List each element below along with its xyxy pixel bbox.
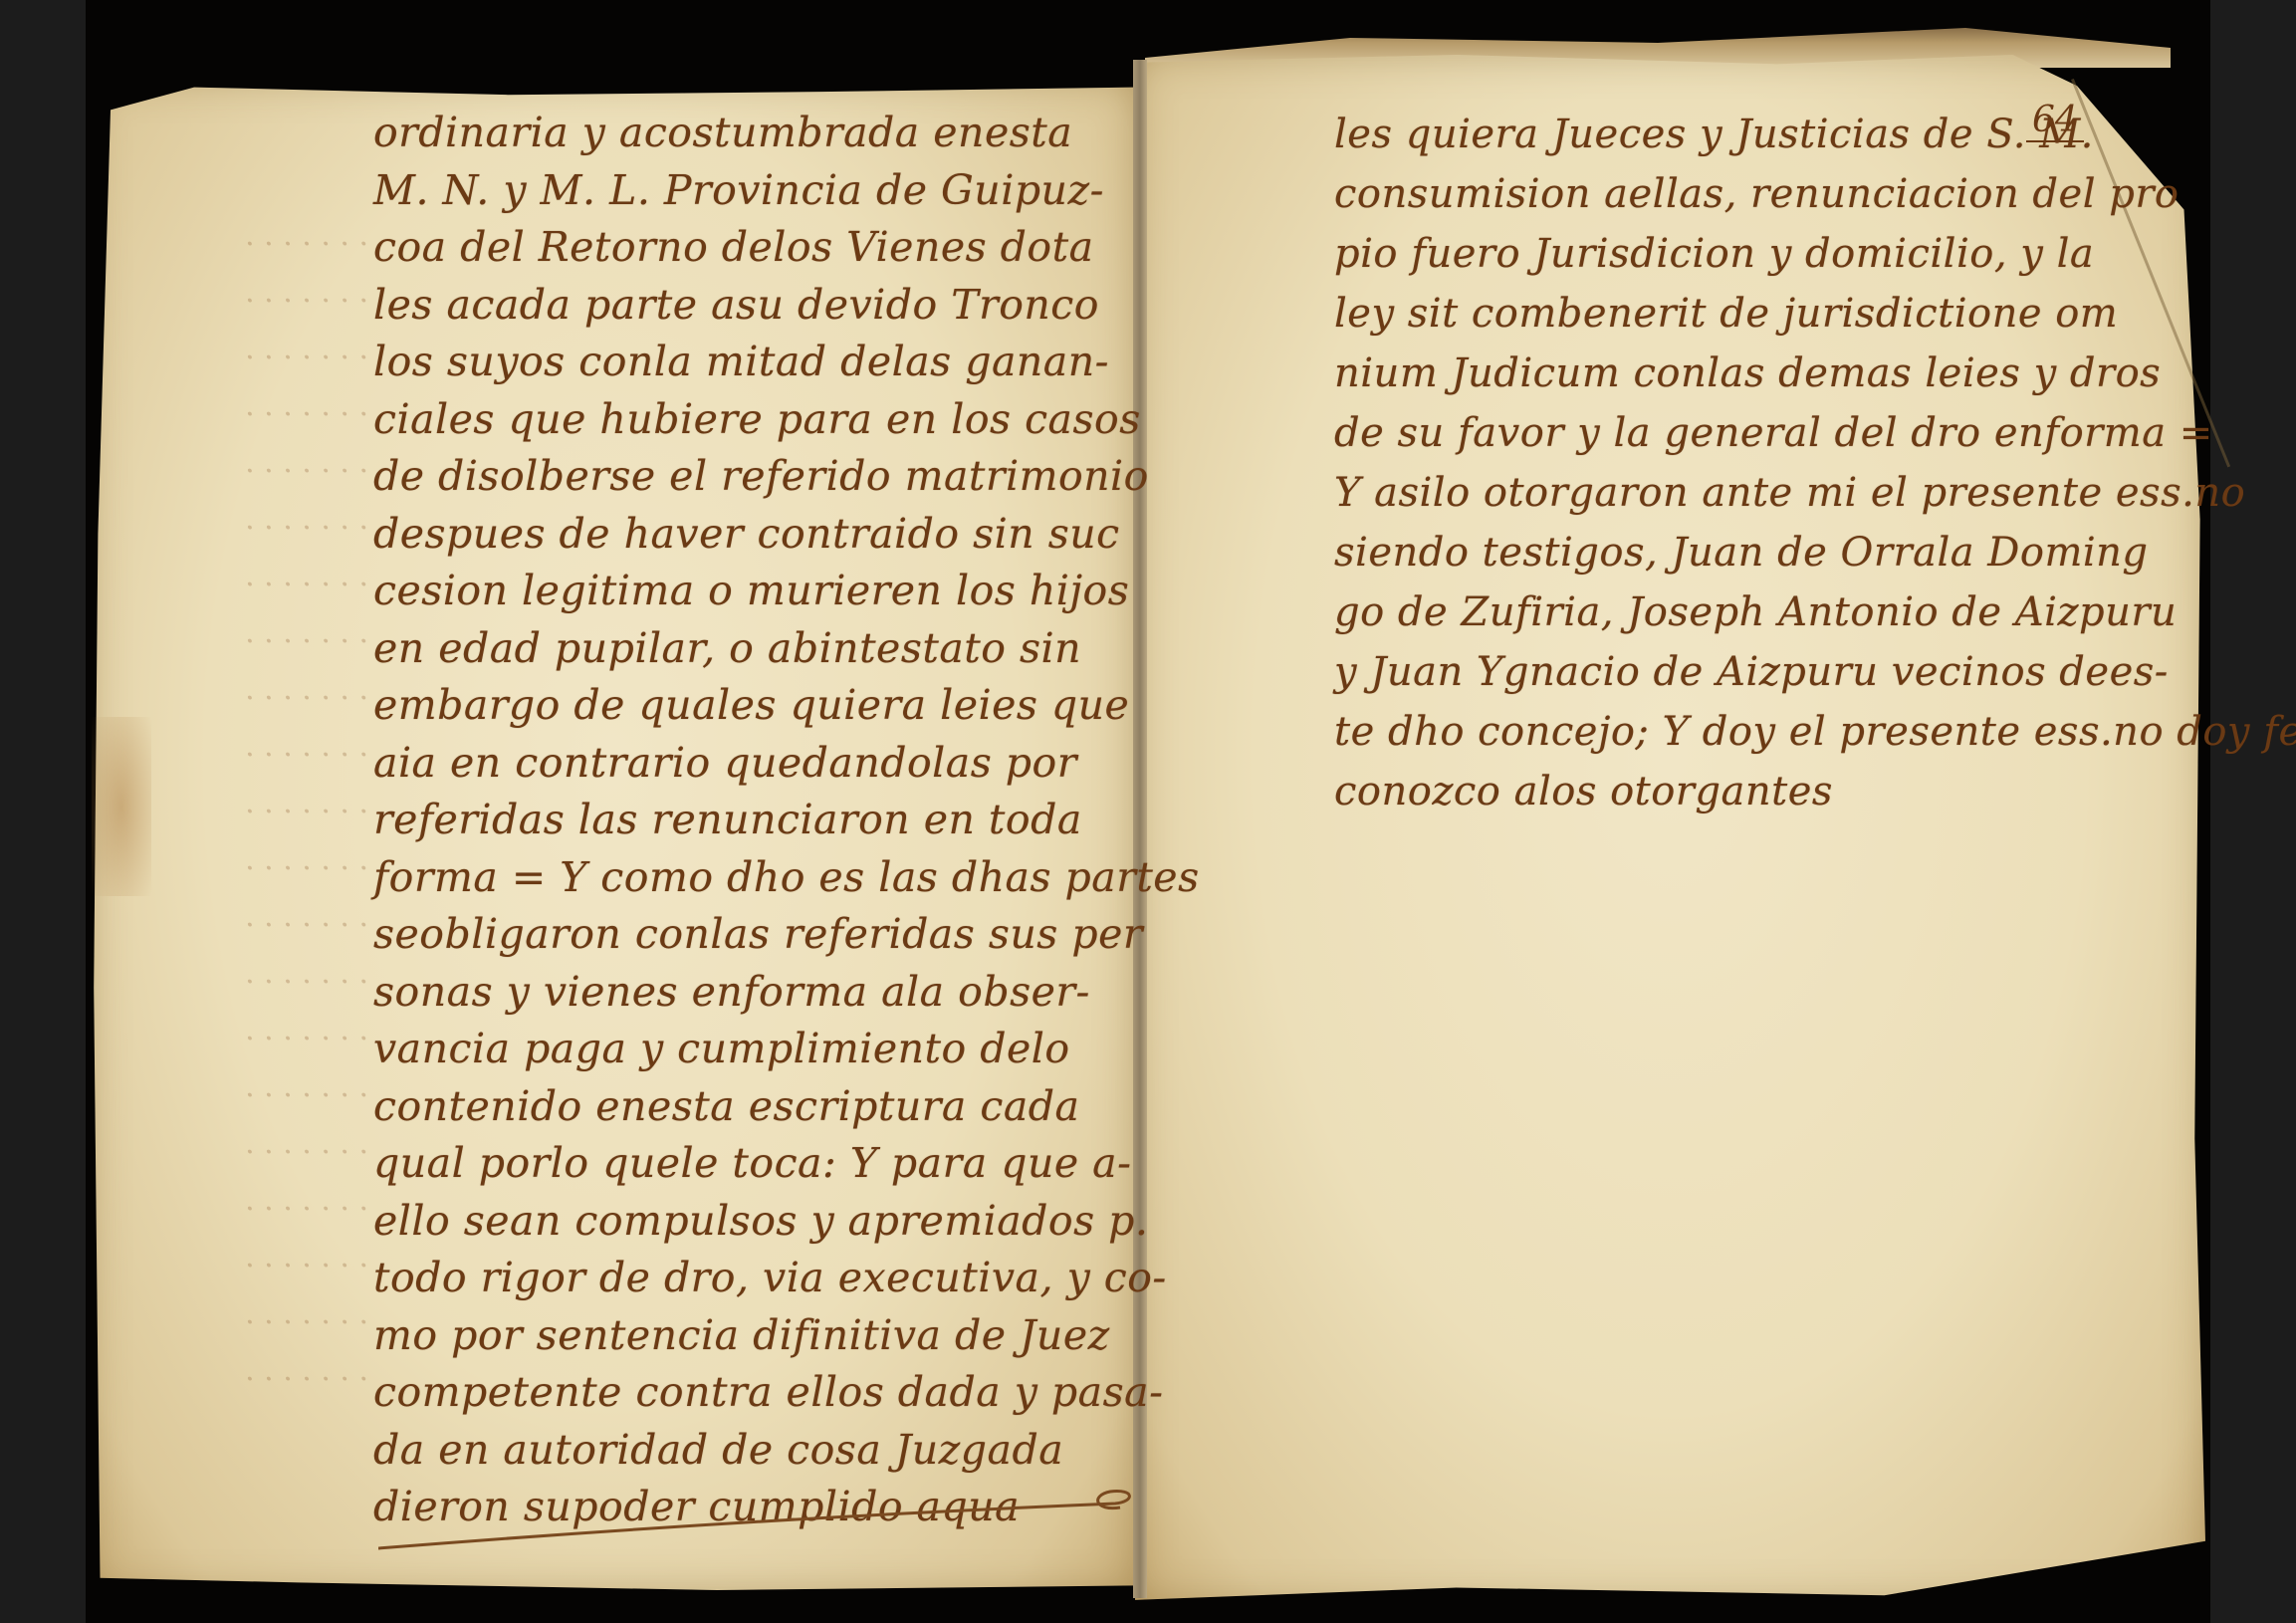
manuscript-line: seobligaron conlas referidas sus per xyxy=(373,906,1090,964)
manuscript-line: les acada parte asu devido Tronco xyxy=(373,277,1090,335)
manuscript-line: competente contra ellos dada y pasa- xyxy=(373,1364,1090,1422)
manuscript-line: mo por sentencia difinitiva de Juez xyxy=(373,1307,1090,1365)
manuscript-line: de su favor y la general del dro enforma… xyxy=(1334,403,2181,463)
manuscript-line: sonas y vienes enforma ala obser- xyxy=(373,964,1090,1022)
manuscript-line: siendo testigos, Juan de Orrala Doming xyxy=(1334,523,2181,582)
bleed-through-text: mirrored ink from reverse side visible i… xyxy=(159,159,368,1408)
left-border-bar xyxy=(0,0,86,1623)
left-page-text: ordinaria y acostumbrada enesta M. N. y … xyxy=(373,105,1090,1536)
manuscript-line: les quiera Jueces y Justicias de S. M. xyxy=(1334,105,2181,164)
manuscript-line: vancia paga y cumplimiento delo xyxy=(373,1021,1090,1078)
right-border-bar xyxy=(2210,0,2296,1623)
manuscript-line: go de Zufiria, Joseph Antonio de Aizpuru xyxy=(1334,582,2181,642)
water-stain xyxy=(92,717,151,896)
manuscript-line: ello sean compulsos y apremiados p. xyxy=(373,1193,1090,1251)
manuscript-line: y Juan Ygnacio de Aizpuru vecinos dees- xyxy=(1334,642,2181,702)
closing-flourish xyxy=(378,1484,1135,1553)
manuscript-line: aia en contrario quedandolas por xyxy=(373,735,1090,793)
manuscript-line: referidas las renunciaron en toda xyxy=(373,792,1090,849)
manuscript-line: consumision aellas, renunciacion del pro xyxy=(1334,164,2181,224)
manuscript-line: ley sit combenerit de jurisdictione om xyxy=(1334,284,2181,344)
manuscript-line: coa del Retorno delos Vienes dota xyxy=(373,219,1090,277)
manuscript-line: embargo de quales quiera leies que xyxy=(373,677,1090,735)
manuscript-line: da en autoridad de cosa Juzgada xyxy=(373,1422,1090,1480)
manuscript-line: pio fuero Jurisdicion y domicilio, y la xyxy=(1334,224,2181,284)
manuscript-line: conozco alos otorgantes xyxy=(1334,762,2181,821)
manuscript-line: cesion legitima o murieren los hijos xyxy=(373,563,1090,620)
manuscript-line: te dho concejo; Y doy el presente ess.no… xyxy=(1334,702,2181,762)
manuscript-line: M. N. y M. L. Provincia de Guipuz- xyxy=(373,162,1090,220)
manuscript-line: ordinaria y acostumbrada enesta xyxy=(373,105,1090,162)
manuscript-line: despues de haver contraido sin suc xyxy=(373,506,1090,564)
manuscript-line: contenido enesta escriptura cada xyxy=(373,1078,1090,1136)
manuscript-line: nium Judicum conlas demas leies y dros xyxy=(1334,344,2181,403)
manuscript-line: ciales que hubiere para en los casos xyxy=(373,391,1090,449)
manuscript-line: todo rigor de dro, via executiva, y co- xyxy=(373,1250,1090,1307)
manuscript-line: los suyos conla mitad delas ganan- xyxy=(373,334,1090,391)
manuscript-line: qual porlo quele toca: Y para que a- xyxy=(373,1135,1090,1193)
manuscript-line: de disolberse el referido matrimonio xyxy=(373,448,1090,506)
manuscript-line: forma = Y como dho es las dhas partes xyxy=(373,849,1090,907)
manuscript-line: Y asilo otorgaron ante mi el presente es… xyxy=(1334,463,2181,523)
right-page-text: les quiera Jueces y Justicias de S. M. c… xyxy=(1334,105,2181,821)
manuscript-line: en edad pupilar, o abintestato sin xyxy=(373,620,1090,678)
